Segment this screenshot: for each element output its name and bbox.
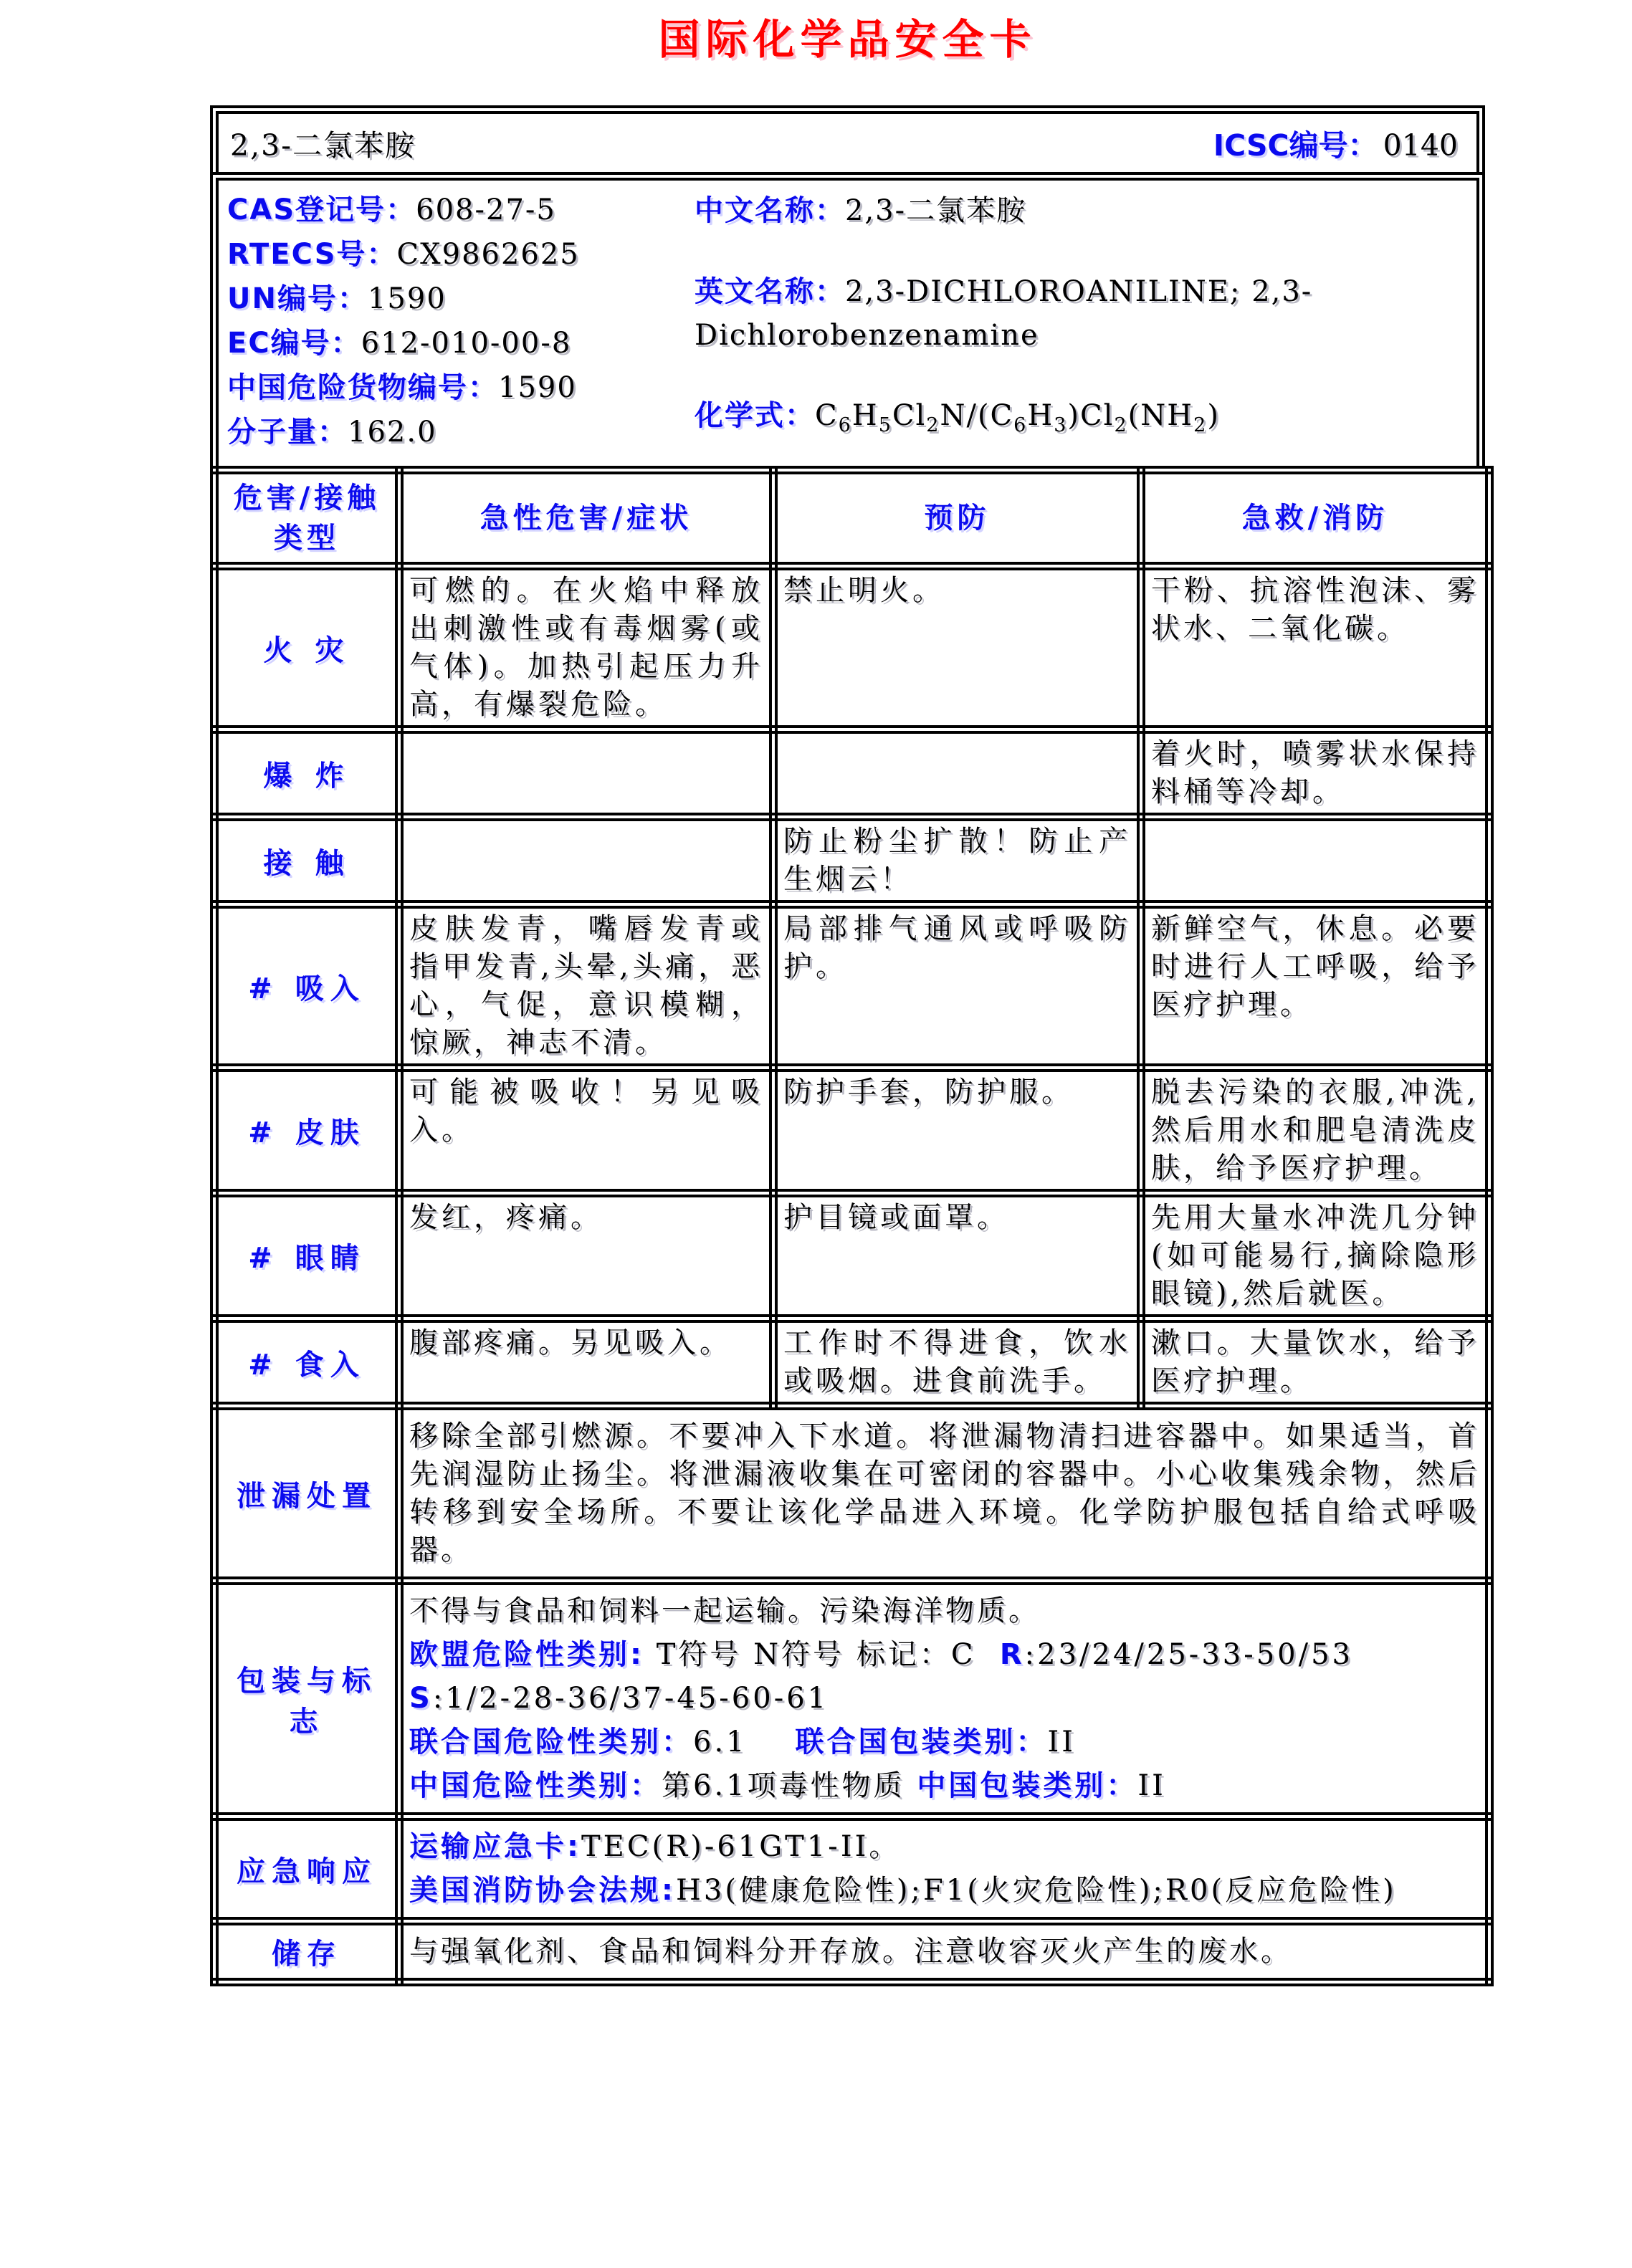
table-cell [399,817,773,904]
table-cell [399,729,773,817]
field-text: 不得与食品和饲料一起运输。污染海洋物质。 [409,1594,1040,1627]
formula-text: H [1027,399,1054,432]
column-header: 危害/接触类型 [214,470,399,566]
field-label: 联合国危险性类别： [409,1726,693,1759]
cas-label: CAS登记号： [227,193,416,226]
field-text: 移除全部引燃源。不要冲入下水道。将泄漏物清扫进容器中。如果适当，首先润湿防止扬尘… [409,1420,1479,1566]
icsc-card: 2,3-二氯苯胺 ICSC编号：0140 CAS登记号：608-27-5 RTE… [210,105,1485,1986]
table-cell: 腹部疼痛。另见吸入。 [399,1319,773,1406]
cn-dg-label: 中国危险货物编号： [227,371,498,404]
table-row: 接 触防止粉尘扩散！防止产生烟云！ [214,817,1489,904]
identifier-list: CAS登记号：608-27-5 RTECS号：CX9862625 UN编号：15… [227,188,695,454]
table-row: # 皮肤可能被吸收！另见吸入。防护手套，防护服。脱去污染的衣服,冲洗,然后用水和… [214,1068,1489,1193]
formula-subscript: 2 [926,414,940,436]
field-label: 美国消防协会法规: [409,1874,676,1907]
field-text: 第6.1项毒性物质 [662,1769,917,1802]
formula-text: (NH [1128,399,1194,432]
cas-value: 608-27-5 [416,193,556,226]
text-line: S:1/2-28-36/37-45-60-61 [409,1680,1479,1718]
field-text: 与强氧化剂、食品和饲料分开存放。注意收容灭火产生的废水。 [409,1935,1292,1968]
formula-text: H [852,399,879,432]
row-header: # 食入 [214,1319,399,1406]
column-header: 急救/消防 [1141,470,1489,566]
table-cell: 干粉、抗溶性泡沫、雾状水、二氧化碳。 [1141,566,1489,729]
formula-row: 化学式：C6H5Cl2N/(C6H3)Cl2(NH2) [695,394,1466,447]
formula-subscript: 3 [1054,414,1067,436]
table-cell: 脱去污染的衣服,冲洗,然后用水和肥皂清洗皮肤，给予医疗护理。 [1141,1068,1489,1193]
table-row: 储存与强氧化剂、食品和饲料分开存放。注意收容灭火产生的废水。 [214,1921,1489,1982]
formula-text: Cl [892,399,926,432]
formula-subscript: 5 [879,414,892,436]
chinese-name-label: 中文名称： [695,194,845,227]
text-line: 中国危险性类别：第6.1项毒性物质 中国包装类别：II [409,1767,1479,1805]
table-cell: 新鲜空气，休息。必要时进行人工呼吸，给予医疗护理。 [1141,904,1489,1068]
formula-text: ) [1207,399,1220,432]
row-header: # 眼睛 [214,1193,399,1319]
field-label: 中国危险性类别： [409,1769,662,1802]
rtecs-number-row: RTECS号：CX9862625 [227,232,695,277]
table-row: # 食入腹部疼痛。另见吸入。工作时不得进食，饮水或吸烟。进食前洗手。漱口。大量饮… [214,1319,1489,1406]
mol-weight-row: 分子量：162.0 [227,410,695,454]
text-line: 不得与食品和饲料一起运输。污染海洋物质。 [409,1592,1479,1630]
table-cell: 可能被吸收！另见吸入。 [399,1068,773,1193]
table-cell: 发红，疼痛。 [399,1193,773,1319]
table-span-cell: 运输应急卡:TEC(R)-61GT1-II。美国消防协会法规:H3(健康危险性)… [399,1817,1489,1921]
rtecs-label: RTECS号： [227,238,397,271]
field-text: II [1137,1769,1166,1802]
table-row: 泄漏处置移除全部引燃源。不要冲入下水道。将泄漏物清扫进容器中。如果适当，首先润湿… [214,1406,1489,1581]
name-row: 2,3-二氯苯胺 ICSC编号：0140 [210,105,1485,181]
hazard-table: 危害/接触类型急性危害/症状预防急救/消防火 灾可燃的。在火焰中释放出刺激性或有… [210,466,1494,1986]
table-span-cell: 移除全部引燃源。不要冲入下水道。将泄漏物清扫进容器中。如果适当，首先润湿防止扬尘… [399,1406,1489,1581]
table-row: # 吸入皮肤发青，嘴唇发青或指甲发青,头晕,头痛，恶心，气促，意识模糊，惊厥，神… [214,904,1489,1068]
table-cell: 先用大量水冲洗几分钟(如可能易行,摘除隐形眼镜),然后就医。 [1141,1193,1489,1319]
text-line: 欧盟危险性类别: T符号 N符号 标记：C R:23/24/25-33-50/5… [409,1636,1479,1674]
field-label: 欧盟危险性类别: [409,1638,644,1671]
ec-label: EC编号： [227,327,361,360]
table-cell: 工作时不得进食，饮水或吸烟。进食前洗手。 [773,1319,1141,1406]
table-cell: 皮肤发青，嘴唇发青或指甲发青,头晕,头痛，恶心，气促，意识模糊，惊厥，神志不清。 [399,904,773,1068]
table-cell [1141,817,1489,904]
table-cell: 漱口。大量饮水，给予医疗护理。 [1141,1319,1489,1406]
un-number-row: UN编号：1590 [227,277,695,321]
field-label: 联合国包装类别： [795,1726,1047,1759]
row-header: # 吸入 [214,904,399,1068]
row-header: 火 灾 [214,566,399,729]
mol-weight-value: 162.0 [348,416,437,449]
page-title: 国际化学品安全卡 [210,6,1485,66]
rtecs-value: CX9862625 [397,238,580,271]
chinese-name-value: 2,3-二氯苯胺 [845,194,1026,227]
field-text: 6.1 [693,1726,795,1759]
field-label: S [409,1682,433,1715]
text-line: 与强氧化剂、食品和饲料分开存放。注意收容灭火产生的废水。 [409,1933,1479,1971]
formula-value: C6H5Cl2N/(C6H3)Cl2(NH2) [815,399,1220,432]
formula-subscript: 2 [1114,414,1127,436]
formula-text: C [815,399,839,432]
table-cell: 着火时，喷雾状水保持料桶等冷却。 [1141,729,1489,817]
table-row: 火 灾可燃的。在火焰中释放出刺激性或有毒烟雾(或气体)。加热引起压力升高，有爆裂… [214,566,1489,729]
english-name-label: 英文名称： [695,275,845,308]
cn-dg-number-row: 中国危险货物编号：1590 [227,365,695,410]
table-row: 包装与标志不得与食品和饲料一起运输。污染海洋物质。欧盟危险性类别: T符号 N符… [214,1581,1489,1817]
column-header: 预防 [773,470,1141,566]
chemical-name: 2,3-二氯苯胺 [230,122,416,164]
table-span-cell: 与强氧化剂、食品和饲料分开存放。注意收容灭火产生的废水。 [399,1921,1489,1982]
row-header: 应急响应 [214,1817,399,1921]
row-header: # 皮肤 [214,1068,399,1193]
formula-label: 化学式： [695,399,815,432]
text-line: 联合国危险性类别：6.1 联合国包装类别：II [409,1723,1479,1761]
table-row: # 眼睛发红，疼痛。护目镜或面罩。先用大量水冲洗几分钟(如可能易行,摘除隐形眼镜… [214,1193,1489,1319]
table-cell: 可燃的。在火焰中释放出刺激性或有毒烟雾(或气体)。加热引起压力升高，有爆裂危险。 [399,566,773,729]
un-value: 1590 [368,282,447,315]
name-list: 中文名称：2,3-二氯苯胺 英文名称：2,3-DICHLOROANILINE; … [695,188,1466,454]
table-cell: 禁止明火。 [773,566,1141,729]
row-header: 包装与标志 [214,1581,399,1817]
field-label: 运输应急卡: [409,1830,581,1863]
text-line: 移除全部引燃源。不要冲入下水道。将泄漏物清扫进容器中。如果适当，首先润湿防止扬尘… [409,1417,1479,1569]
table-cell [773,729,1141,817]
icsc-label: ICSC编号： [1213,128,1378,163]
table-cell: 护目镜或面罩。 [773,1193,1141,1319]
cn-dg-value: 1590 [498,371,577,404]
table-cell: 局部排气通风或呼吸防护。 [773,904,1141,1068]
formula-subscript: 6 [839,414,852,436]
table-span-cell: 不得与食品和饲料一起运输。污染海洋物质。欧盟危险性类别: T符号 N符号 标记：… [399,1581,1489,1817]
formula-text: N/(C [940,399,1013,432]
field-label: R [1000,1638,1025,1671]
table-cell: 防止粉尘扩散！防止产生烟云！ [773,817,1141,904]
hazard-header-row: 危害/接触类型急性危害/症状预防急救/消防 [214,470,1489,566]
chinese-name-row: 中文名称：2,3-二氯苯胺 [695,189,1466,233]
info-section: CAS登记号：608-27-5 RTECS号：CX9862625 UN编号：15… [210,172,1485,474]
text-line: 运输应急卡:TEC(R)-61GT1-II。 [409,1828,1479,1866]
icsc-number: ICSC编号：0140 [1213,122,1458,164]
cas-number-row: CAS登记号：608-27-5 [227,188,695,232]
ec-number-row: EC编号：612-010-00-8 [227,321,695,365]
icsc-value: 0140 [1383,128,1458,163]
un-label: UN编号： [227,282,368,315]
field-text: TEC(R)-61GT1-II。 [581,1830,900,1863]
english-name-row: 英文名称：2,3-DICHLOROANILINE; 2,3-Dichlorobe… [695,270,1466,358]
field-text: :23/24/25-33-50/53 [1025,1638,1353,1671]
field-text: :1/2-28-36/37-45-60-61 [433,1682,829,1715]
formula-subscript: 6 [1013,414,1027,436]
row-header: 储存 [214,1921,399,1982]
field-text: H3(健康危险性);F1(火灾危险性);R0(反应危险性) [676,1874,1397,1907]
field-label: 中国包装类别： [917,1769,1137,1802]
row-header: 泄漏处置 [214,1406,399,1581]
table-cell: 防护手套，防护服。 [773,1068,1141,1193]
row-header: 爆 炸 [214,729,399,817]
column-header: 急性危害/症状 [399,470,773,566]
field-text: T符号 N符号 标记：C [644,1638,1000,1671]
ec-value: 612-010-00-8 [361,327,572,360]
formula-text: )Cl [1067,399,1114,432]
formula-subscript: 2 [1193,414,1207,436]
table-row: 爆 炸着火时，喷雾状水保持料桶等冷却。 [214,729,1489,817]
field-text: II [1047,1726,1076,1759]
text-line: 美国消防协会法规:H3(健康危险性);F1(火灾危险性);R0(反应危险性) [409,1872,1479,1910]
table-row: 应急响应运输应急卡:TEC(R)-61GT1-II。美国消防协会法规:H3(健康… [214,1817,1489,1921]
mol-weight-label: 分子量： [227,416,348,449]
row-header: 接 触 [214,817,399,904]
